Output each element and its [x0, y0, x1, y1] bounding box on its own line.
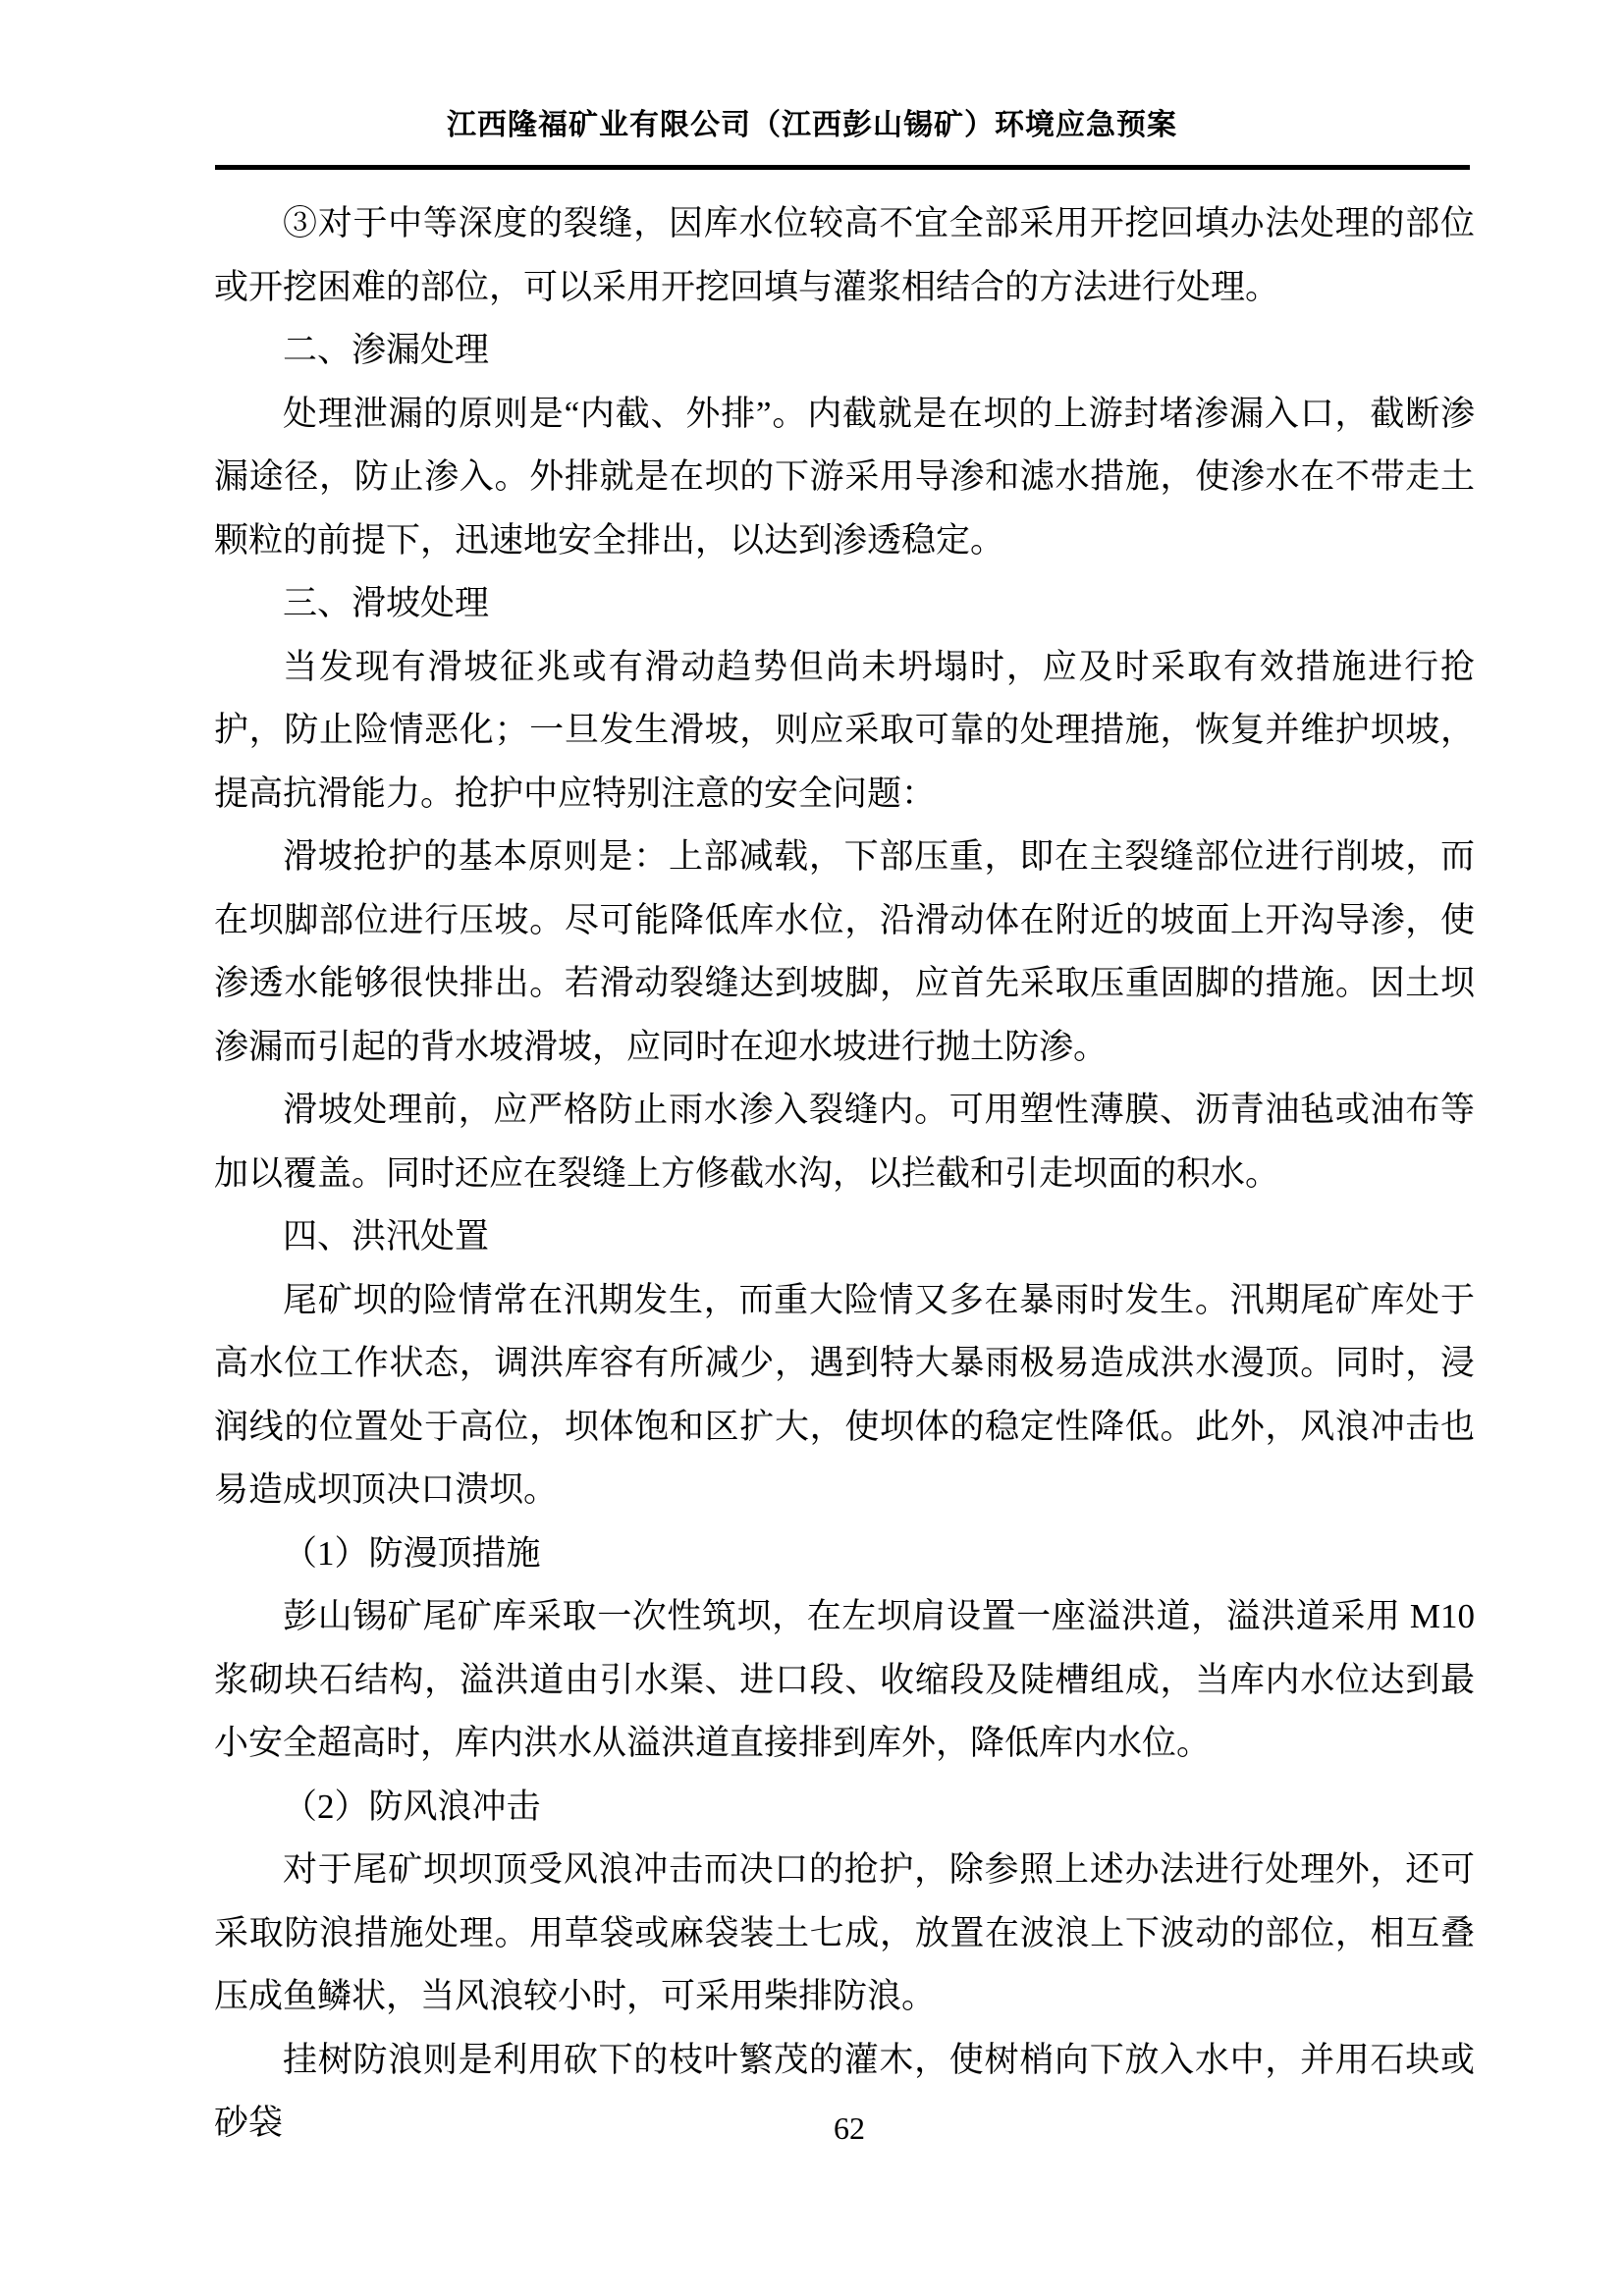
- document-page: 江西隆福矿业有限公司（江西彭山锡矿）环境应急预案 ③对于中等深度的裂缝，因库水位…: [0, 0, 1624, 2296]
- section-heading: 二、渗漏处理: [214, 319, 1475, 383]
- body-paragraph: 尾矿坝的险情常在汛期发生，而重大险情又多在暴雨时发生。汛期尾矿库处于高水位工作状…: [214, 1269, 1475, 1522]
- page-header-title: 江西隆福矿业有限公司（江西彭山锡矿）环境应急预案: [0, 108, 1624, 143]
- subsection-heading: （2）防风浪冲击: [214, 1776, 1475, 1840]
- document-body: ③对于中等深度的裂缝，因库水位较高不宜全部采用开挖回填办法处理的部位或开挖困难的…: [214, 192, 1475, 2156]
- body-paragraph: 彭山锡矿尾矿库采取一次性筑坝，在左坝肩设置一座溢洪道，溢洪道采用 M10 浆砌块…: [214, 1585, 1475, 1776]
- body-paragraph: ③对于中等深度的裂缝，因库水位较高不宜全部采用开挖回填办法处理的部位或开挖困难的…: [214, 192, 1475, 319]
- body-paragraph: 滑坡处理前，应严格防止雨水渗入裂缝内。可用塑性薄膜、沥青油毡或油布等加以覆盖。同…: [214, 1079, 1475, 1205]
- body-paragraph: 处理泄漏的原则是“内截、外排”。内截就是在坝的上游封堵渗漏入口，截断渗漏途径，防…: [214, 383, 1475, 573]
- header-rule: [215, 165, 1470, 170]
- subsection-heading: （1）防漫顶措施: [214, 1522, 1475, 1586]
- section-heading: 三、滑坡处理: [214, 572, 1475, 636]
- body-paragraph: 对于尾矿坝坝顶受风浪冲击而决口的抢护，除参照上述办法进行处理外，还可采取防浪措施…: [214, 1839, 1475, 2029]
- section-heading: 四、洪汛处置: [214, 1205, 1475, 1269]
- body-paragraph: 当发现有滑坡征兆或有滑动趋势但尚未坍塌时，应及时采取有效措施进行抢护，防止险情恶…: [214, 636, 1475, 827]
- page-number: 62: [834, 2110, 865, 2146]
- body-paragraph: 滑坡抢护的基本原则是：上部减载，下部压重，即在主裂缝部位进行削坡，而在坝脚部位进…: [214, 826, 1475, 1079]
